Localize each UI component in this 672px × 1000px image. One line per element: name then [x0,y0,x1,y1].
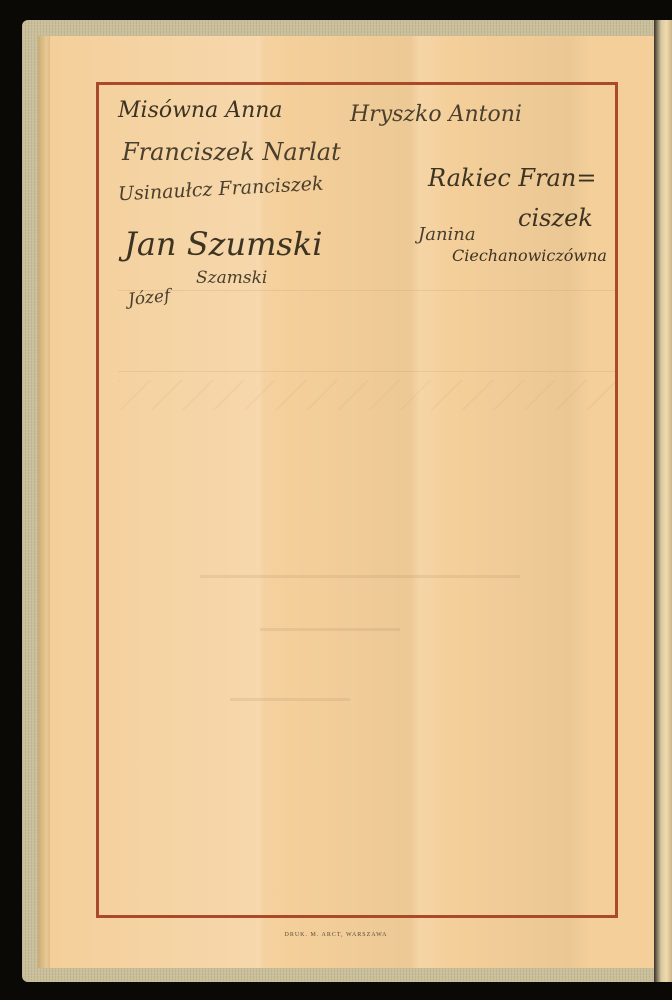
handwritten-name: ciszek [518,206,593,230]
handwritten-name: Hryszko Antoni [350,104,522,126]
handwritten-name: Misówna Anna [118,100,283,122]
handwritten-name: Józef [127,288,171,309]
handwritten-name: Ciechanowiczówna [452,248,607,264]
handwritten-name: Janina [418,226,476,244]
book-gutter [654,20,672,982]
handwritten-name: Rakiec Fran= [428,166,596,190]
handwritten-name: Jan Szumski [124,228,322,260]
handwritten-name: Szamski [196,270,267,287]
handwritten-name: Franciszek Narlat [122,140,341,164]
printer-imprint: DRUK. M. ARCT, WARSZAWA [0,932,672,938]
